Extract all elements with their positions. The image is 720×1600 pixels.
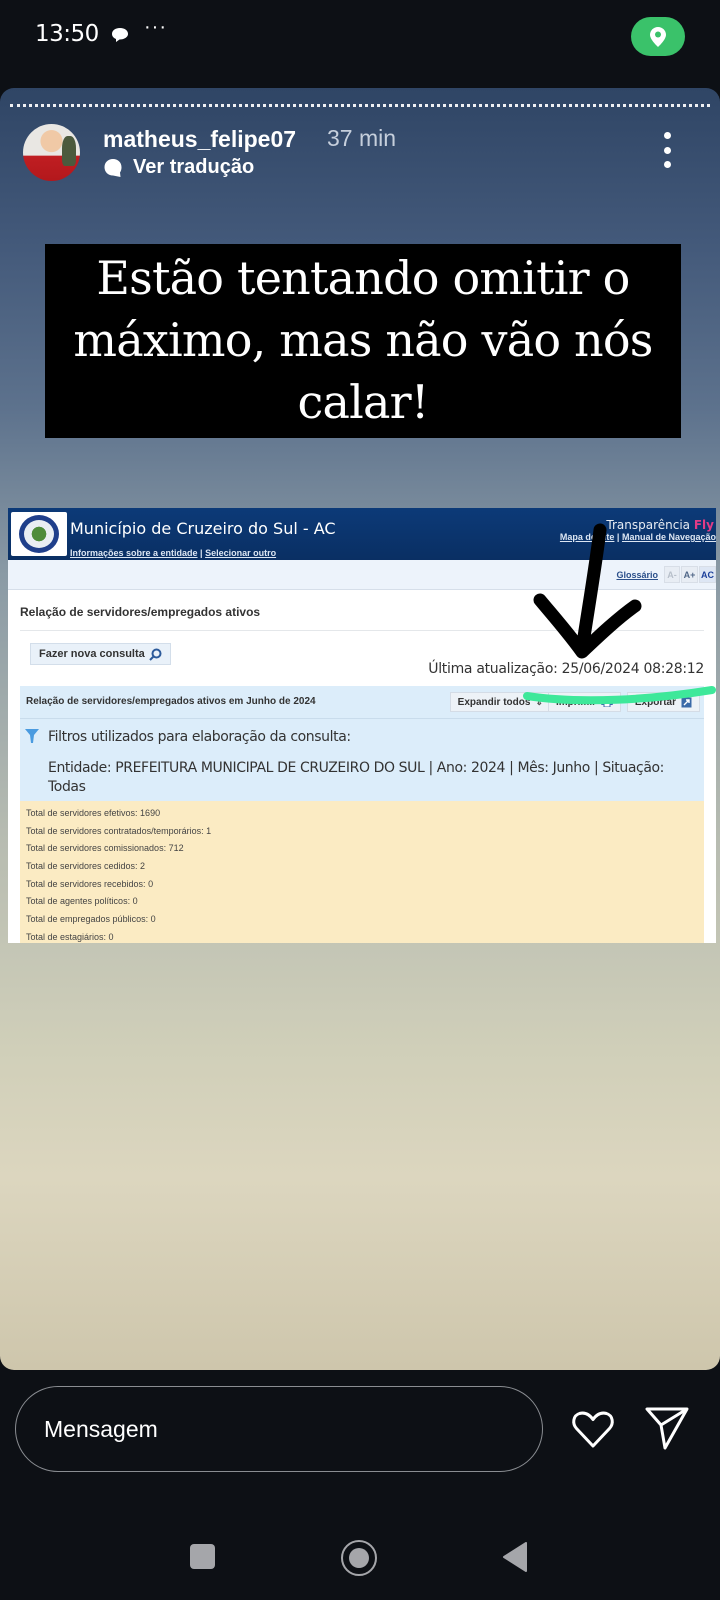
export-button: Exportar (627, 692, 700, 712)
totals-row: Total de agentes políticos: 0 (26, 893, 704, 911)
expand-all-button: Expandir todos⇕ (450, 692, 551, 712)
portal-header: Município de Cruzeiro do Sul - AC Inform… (8, 508, 716, 560)
story-viewer[interactable]: matheus_felipe07 37 min Ver tradução Est… (0, 88, 720, 1370)
divider (20, 630, 704, 631)
recents-button[interactable] (190, 1544, 215, 1569)
back-button[interactable] (502, 1542, 528, 1572)
print-button: Imprimir (548, 692, 621, 712)
totals-row: Total de servidores recebidos: 0 (26, 876, 704, 894)
totals-list: Total de servidores efetivos: 1690 Total… (20, 801, 704, 943)
totals-row: Total de servidores comissionados: 712 (26, 840, 704, 858)
entity-info-link: Informações sobre a entidade (70, 548, 198, 558)
brand-suffix: Fly (694, 518, 714, 532)
story-progress-bar (10, 104, 710, 107)
avatar-background-tree (62, 136, 76, 166)
contrast-button: AC (699, 566, 716, 583)
section-title: Relação de servidores/empregados ativos (20, 605, 260, 619)
portal-entity-links: Informações sobre a entidade | Seleciona… (70, 548, 276, 558)
new-query-label: Fazer nova consulta (39, 648, 145, 660)
portal-toolbar: Glossário A- A+ AC (8, 560, 716, 590)
status-time: 13:50 (35, 21, 99, 47)
select-other-link: Selecionar outro (205, 548, 276, 558)
search-icon (149, 648, 162, 661)
new-query-button: Fazer nova consulta (30, 643, 171, 665)
sort-arrows-icon: ⇕ (535, 697, 543, 708)
export-icon (681, 697, 692, 708)
more-notifications-indicator: ··· (144, 16, 167, 39)
export-label: Exportar (635, 697, 676, 708)
home-dot (349, 1548, 369, 1568)
results-panel-title: Relação de servidores/empregados ativos … (26, 696, 316, 707)
totals-row: Total de empregados públicos: 0 (26, 911, 704, 929)
expand-all-label: Expandir todos (458, 697, 531, 708)
portal-screenshot: Município de Cruzeiro do Sul - AC Inform… (8, 508, 716, 943)
manual-link: Manual de Navegação (622, 532, 716, 542)
home-button[interactable] (341, 1540, 377, 1576)
totals-row: Total de servidores efetivos: 1690 (26, 805, 704, 823)
more-options-button[interactable] (660, 132, 674, 168)
chat-notification-icon (111, 27, 129, 43)
divider (20, 718, 704, 719)
translate-label: Ver tradução (133, 156, 254, 179)
printer-icon (601, 697, 613, 707)
totals-row: Total de servidores cedidos: 2 (26, 858, 704, 876)
translate-button[interactable]: Ver tradução (103, 156, 254, 179)
speech-bubble-icon (103, 158, 123, 178)
location-pin-icon (650, 27, 666, 47)
results-panel: Relação de servidores/empregados ativos … (20, 686, 704, 801)
send-icon[interactable] (644, 1404, 690, 1452)
portal-brand: Transparência Fly (606, 518, 714, 532)
portal-title: Município de Cruzeiro do Sul - AC (70, 519, 336, 538)
dot (664, 132, 671, 139)
story-caption: Estão tentando omitir o máximo, mas não … (45, 244, 681, 438)
story-timestamp: 37 min (327, 125, 396, 152)
location-indicator[interactable] (631, 17, 685, 56)
filters-text: Entidade: PREFEITURA MUNICIPAL DE CRUZEI… (48, 759, 688, 797)
username[interactable]: matheus_felipe07 (103, 126, 296, 153)
font-decrease-button: A- (664, 566, 680, 583)
print-label: Imprimir (556, 697, 596, 708)
filters-title: Filtros utilizados para elaboração da co… (48, 729, 351, 745)
dot (664, 161, 671, 168)
dot (664, 147, 671, 154)
last-update-text: Última atualização: 25/06/2024 08:28:12 (428, 661, 704, 677)
totals-row: Total de estagiários: 0 (26, 929, 704, 943)
font-increase-button: A+ (681, 566, 698, 583)
glossary-link: Glossário (616, 570, 658, 580)
brand-name: Transparência (606, 518, 690, 532)
message-input[interactable] (15, 1386, 543, 1472)
avatar[interactable] (23, 124, 80, 181)
totals-row: Total de servidores contratados/temporár… (26, 823, 704, 841)
sitemap-link: Mapa do site (560, 532, 615, 542)
status-bar: 13:50 ··· (0, 0, 720, 62)
heart-icon[interactable] (570, 1406, 616, 1452)
municipality-logo (11, 512, 67, 556)
filter-funnel-icon (25, 729, 39, 743)
portal-help-links: Mapa do site | Manual de Navegação (560, 532, 716, 542)
